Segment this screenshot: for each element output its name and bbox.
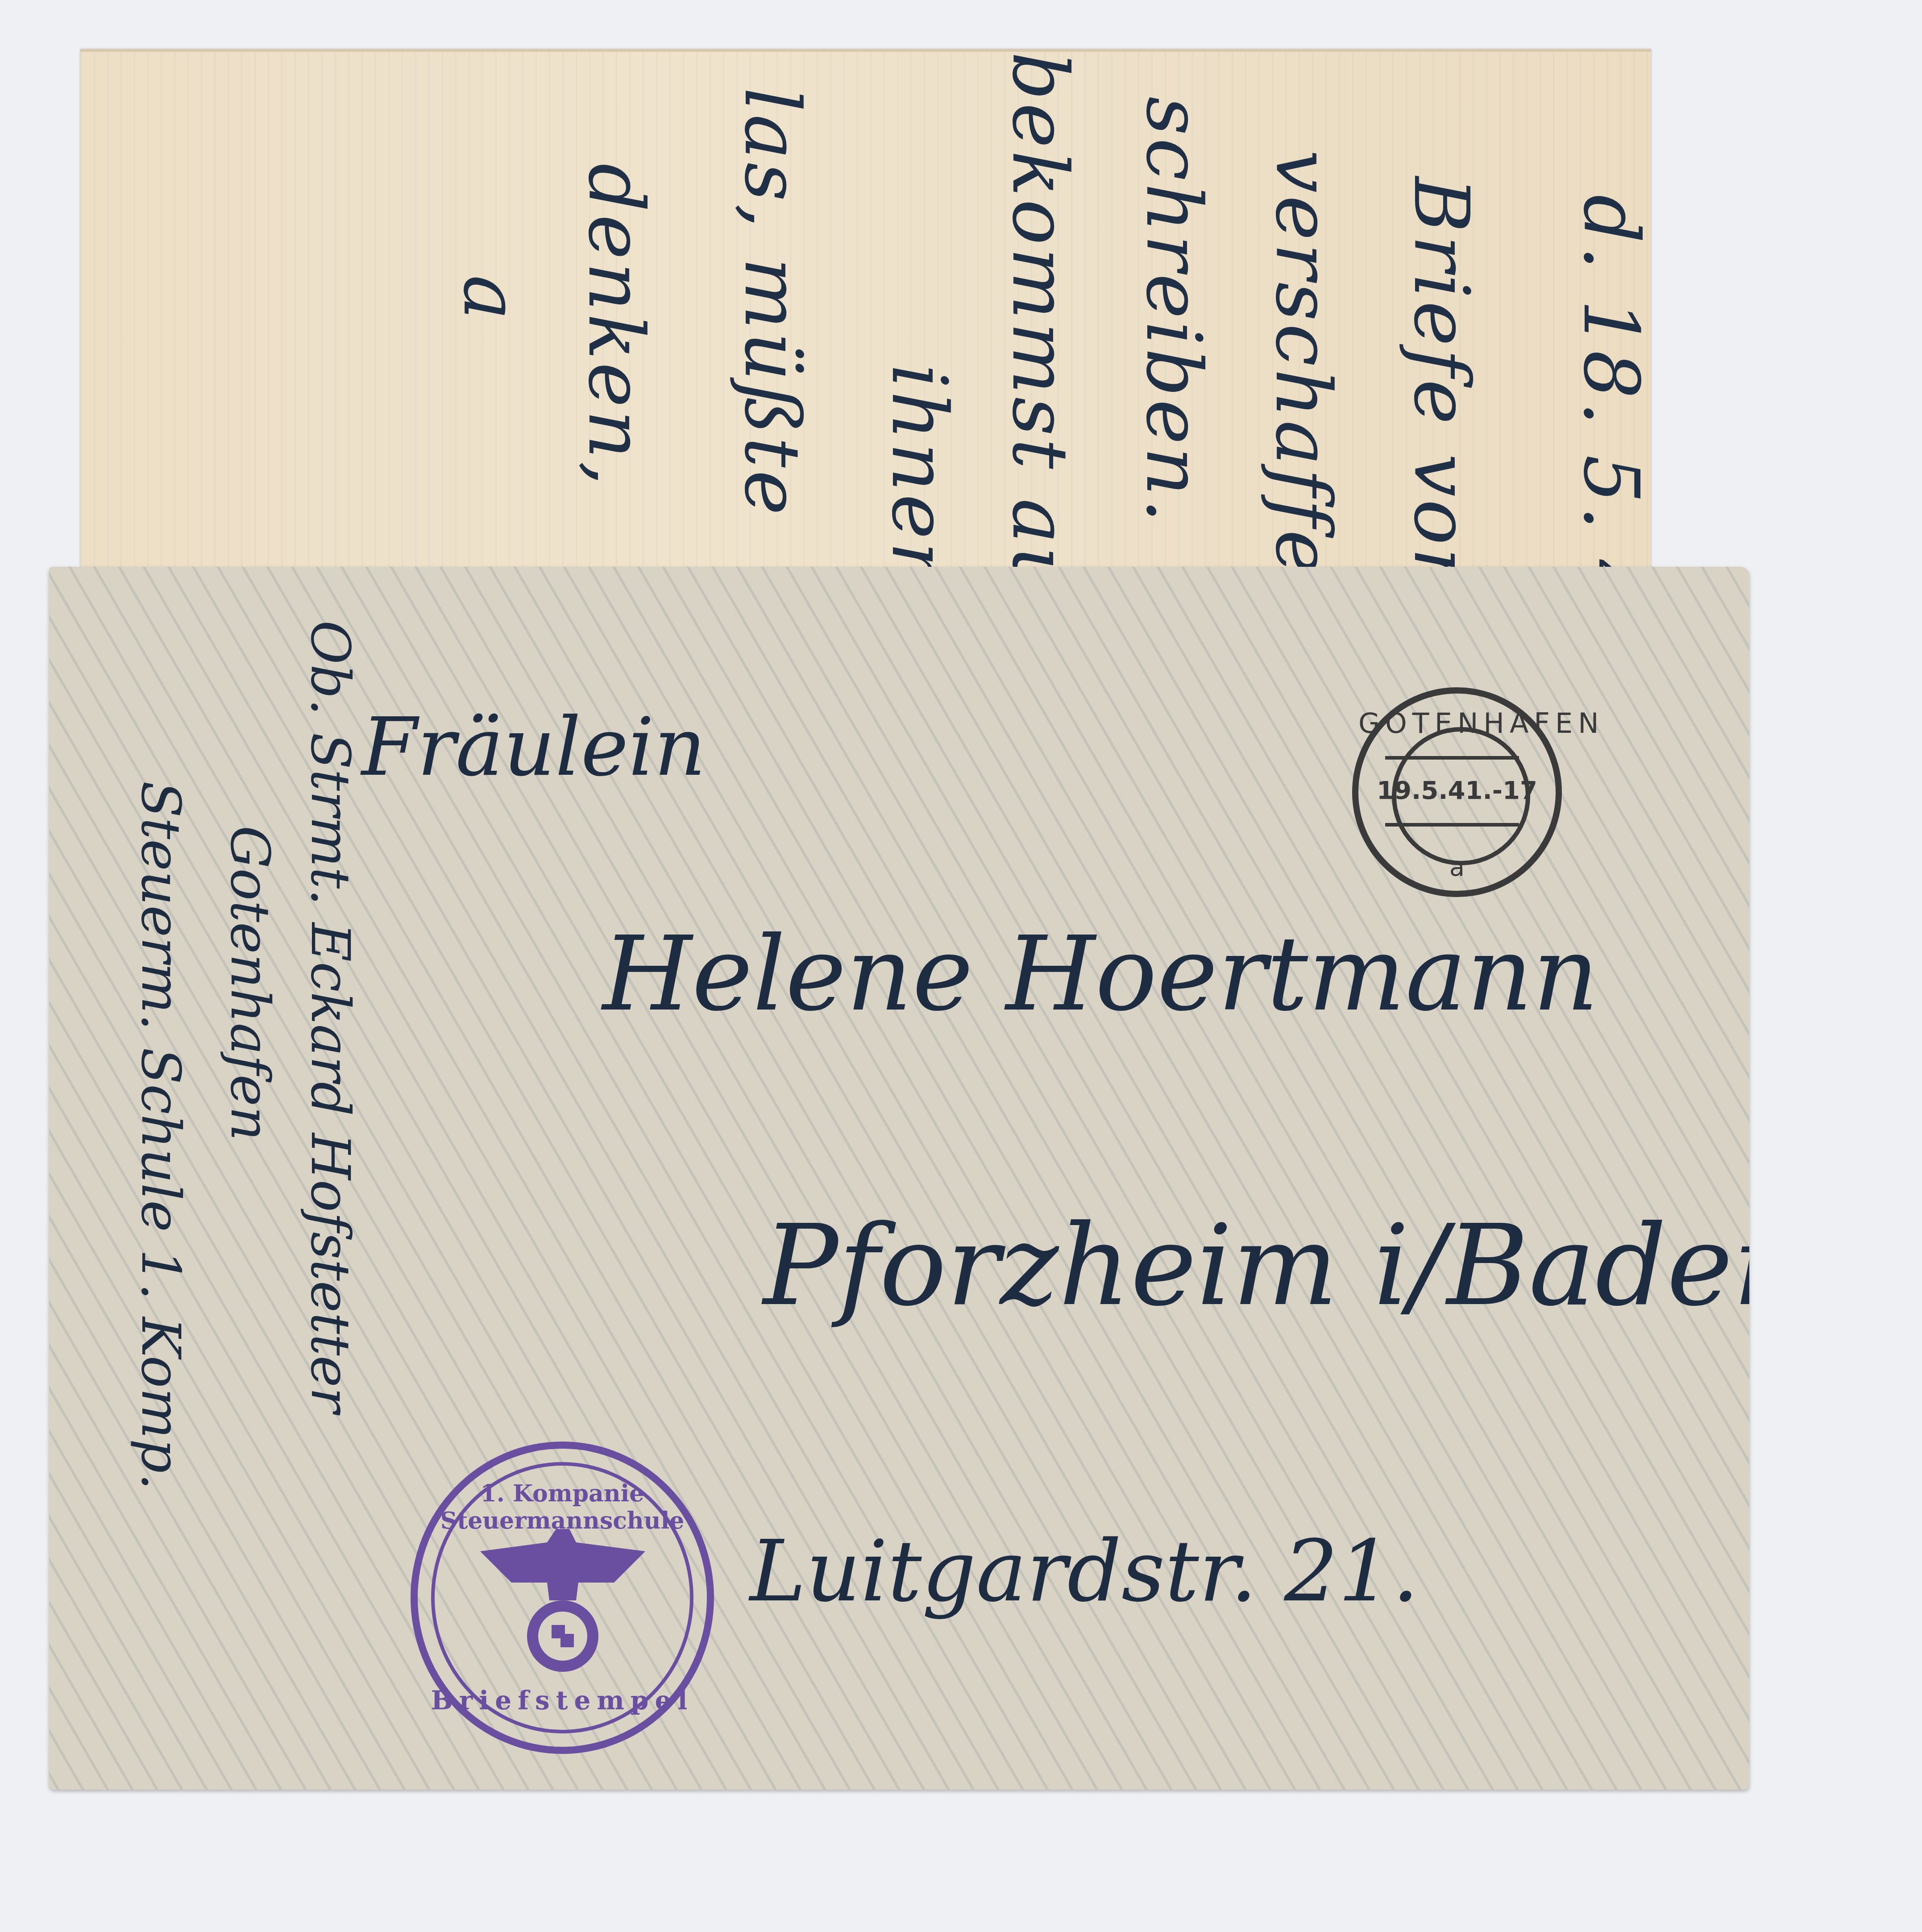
postmark-code: a bbox=[1358, 853, 1556, 882]
eagle-emblem-icon bbox=[480, 1525, 645, 1676]
postmark-bar bbox=[1385, 823, 1519, 827]
letter-sheet: d. 18. 5. 41. Briefe von verschaffen sch… bbox=[80, 49, 1651, 614]
postmark: GOTENHAFEN 19.5.41.-17 a bbox=[1352, 687, 1562, 897]
letter-line: Briefe von bbox=[1397, 177, 1485, 599]
letter-line: d. 18. 5. 41. bbox=[1566, 195, 1651, 614]
sender-line: Ob. Strmt. Eckard Hofstetter bbox=[299, 620, 361, 1413]
sender-line: Gotenhafen bbox=[219, 826, 281, 1141]
address-city: Pforzheim i/Baden bbox=[763, 1201, 1749, 1330]
stamp-bottom-text: Briefstempel bbox=[418, 1685, 707, 1716]
letter-line: las, müßte bbox=[727, 87, 816, 518]
address-name: Helene Hoertmann bbox=[602, 915, 1599, 1034]
official-stamp: 1. Kompanie Steuermannschule Briefstempe… bbox=[411, 1442, 714, 1754]
letter-line: schreiben. bbox=[1129, 96, 1217, 525]
address-salutation: Fräulein bbox=[361, 701, 706, 794]
envelope: Ob. Strmt. Eckard Hofstetter Gotenhafen … bbox=[49, 567, 1749, 1790]
address-street: Luitgardstr. 21. bbox=[750, 1522, 1419, 1620]
sender-line: Steuerm. Schule 1. Komp. bbox=[129, 781, 191, 1490]
letter-line: denken, bbox=[571, 163, 660, 488]
letter-line: bekommst auch bbox=[995, 52, 1083, 614]
letter-line: verschaffen bbox=[1258, 150, 1347, 614]
postmark-bar bbox=[1385, 756, 1519, 760]
letter-line: a bbox=[446, 275, 535, 323]
postmark-date: 19.5.41.-17 bbox=[1358, 776, 1556, 805]
postmark-city: GOTENHAFEN bbox=[1358, 707, 1556, 740]
